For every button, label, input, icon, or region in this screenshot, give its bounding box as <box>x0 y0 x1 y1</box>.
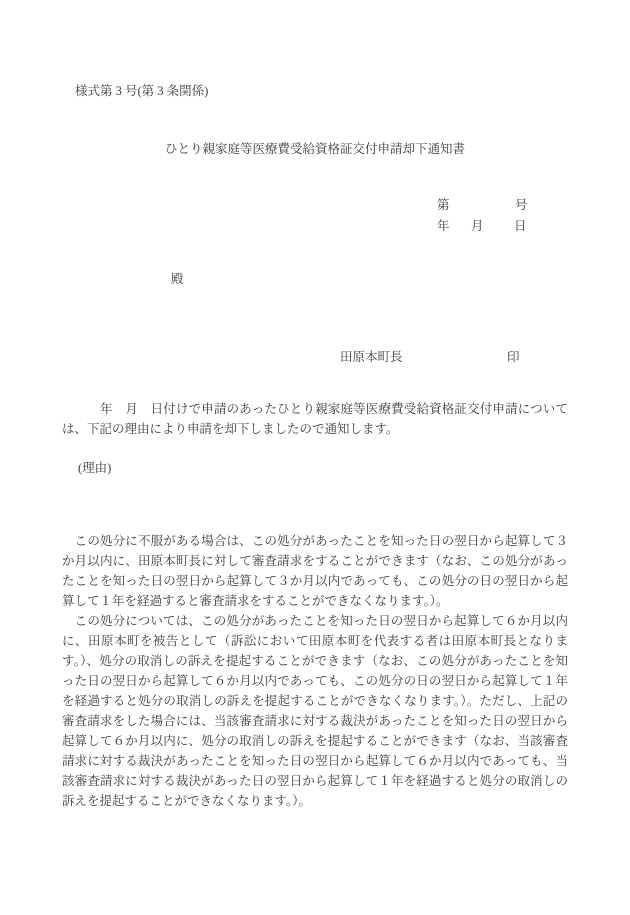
doc-number-suffix: 号 <box>515 198 528 213</box>
form-number: 様式第 3 号(第 3 条関係) <box>75 84 208 99</box>
seal-mark: 印 <box>507 350 520 365</box>
doc-date-month-label: 月 <box>471 219 484 234</box>
doc-number-prefix: 第 <box>437 198 450 213</box>
doc-date-day-label: 日 <box>514 219 527 234</box>
document-title: ひとり親家庭等医療費受給資格証交付申請却下通知書 <box>0 142 630 157</box>
doc-date-year-label: 年 <box>437 219 450 234</box>
appeal-paragraph-2: この処分については、この処分があったことを知った日の翌日から起算して６か月以内に… <box>62 611 568 811</box>
appeal-paragraph-1: この処分に不服がある場合は、この処分があったことを知った日の翌日から起算して３か… <box>62 531 568 611</box>
document-page: 様式第 3 号(第 3 条関係) ひとり親家庭等医療費受給資格証交付申請却下通知… <box>0 0 630 915</box>
addressee-honorific: 殿 <box>171 272 184 287</box>
appeal-notice-block: この処分に不服がある場合は、この処分があったことを知った日の翌日から起算して３か… <box>62 531 568 811</box>
issuer-name: 田原本町長 <box>340 350 403 365</box>
reason-label: (理由) <box>78 461 111 476</box>
intro-paragraph: 年 月 日付けで申請のあったひとり親家庭等医療費受給資格証交付申請については、下… <box>62 399 568 439</box>
